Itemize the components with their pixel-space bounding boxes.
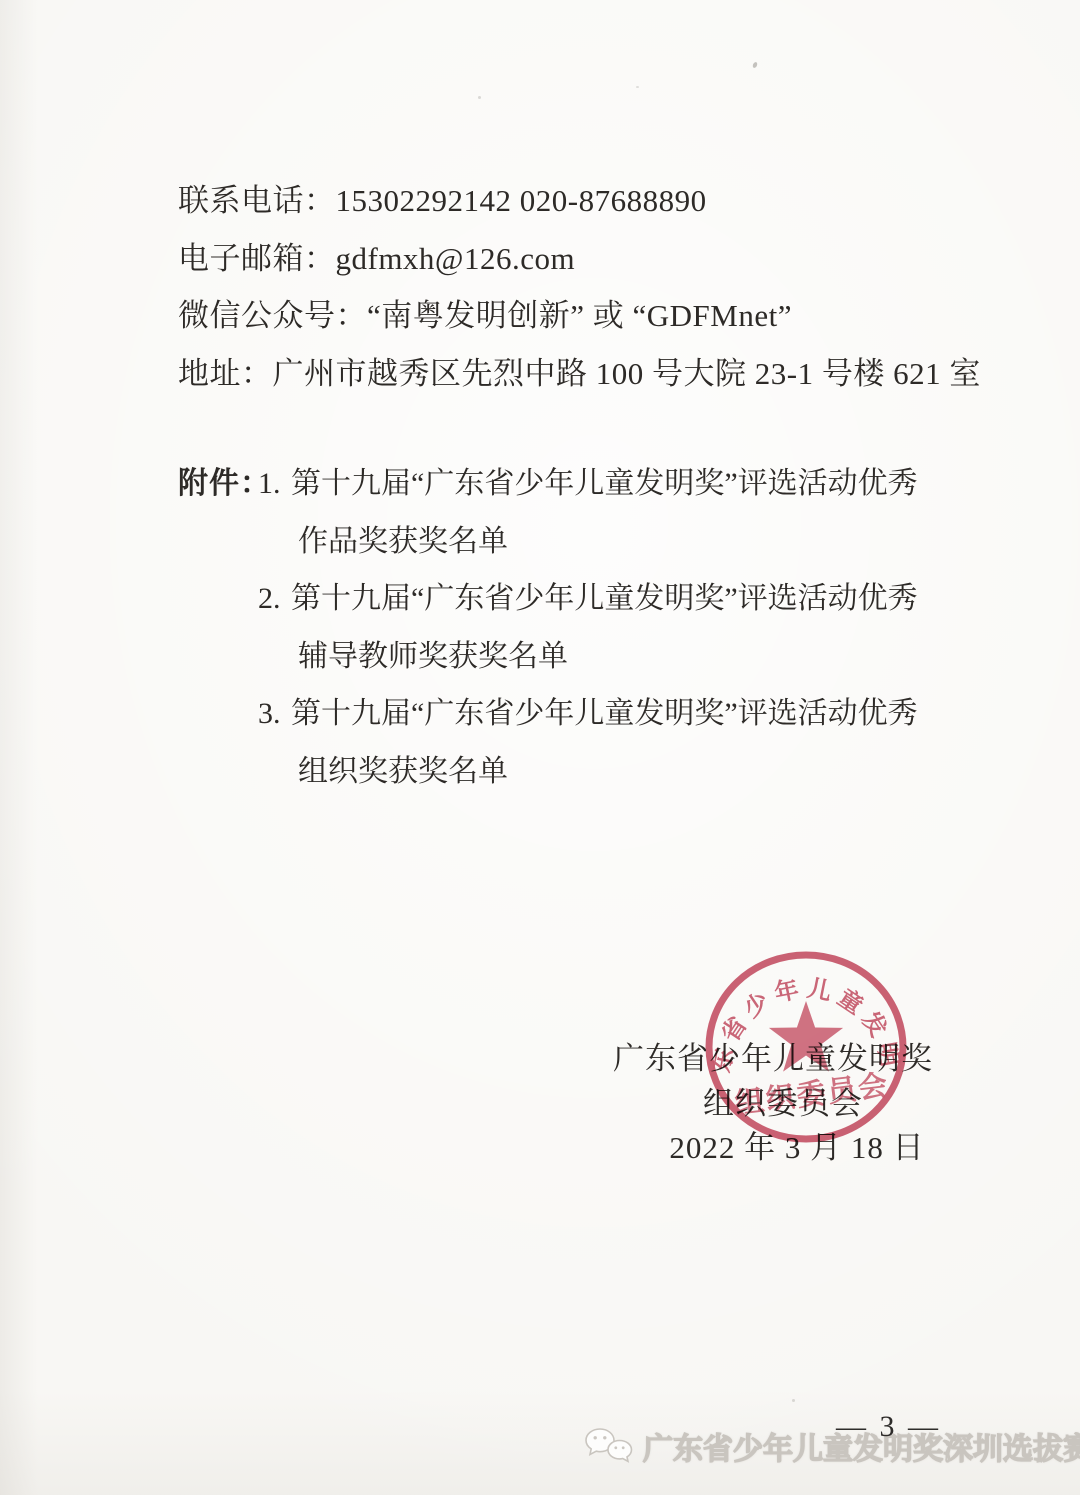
attachment-item-2-number: 2.	[258, 570, 291, 628]
attachment-item-2-line-1: 2.第十九届“广东省少年儿童发明奖”评选活动优秀	[178, 570, 918, 628]
attachment-item-1-line-2: 作品奖获奖名单	[178, 513, 918, 571]
attachment-label: 附件：	[178, 455, 258, 513]
contact-phone-line: 联系电话：15302292142 020-87688890	[178, 172, 981, 230]
contact-wechat-line: 微信公众号：“南粤发明创新” 或 “GDFMnet”	[178, 287, 981, 345]
scan-speck	[792, 1399, 795, 1402]
contact-wechat-label: 微信公众号：	[178, 298, 367, 333]
contact-phone-value: 15302292142 020-87688890	[336, 183, 707, 218]
attachment-item-2-text: 第十九届“广东省少年儿童发明奖”评选活动优秀	[291, 582, 918, 615]
contact-address-line: 地址：广州市越秀区先烈中路 100 号大院 23-1 号楼 621 室	[178, 345, 981, 403]
contact-email-label: 电子邮箱：	[178, 241, 336, 276]
attachment-item-1-line-1: 附件：1.第十九届“广东省少年儿童发明奖”评选活动优秀	[178, 455, 918, 513]
attachment-item-3-text: 第十九届“广东省少年儿童发明奖”评选活动优秀	[291, 697, 918, 730]
watermark: 广东省少年儿童发明奖深圳选拔赛	[584, 1424, 1080, 1468]
contact-wechat-value: “南粤发明创新” 或 “GDFMnet”	[367, 298, 792, 333]
scanned-document-page: 联系电话：15302292142 020-87688890 电子邮箱：gdfmx…	[0, 0, 1080, 1495]
contact-email-value: gdfmxh@126.com	[336, 241, 576, 276]
attachment-item-1-number: 1.	[258, 455, 291, 513]
wechat-icon	[584, 1426, 634, 1466]
scan-speck	[636, 86, 639, 88]
contact-block: 联系电话：15302292142 020-87688890 电子邮箱：gdfmx…	[178, 172, 981, 402]
contact-phone-label: 联系电话：	[178, 183, 336, 218]
seal-bottom-text: 组织委员会	[733, 1069, 891, 1121]
attachment-item-3-line-1: 3.第十九届“广东省少年儿童发明奖”评选活动优秀	[178, 685, 918, 743]
contact-email-line: 电子邮箱：gdfmxh@126.com	[178, 230, 981, 288]
attachment-item-3-number: 3.	[258, 685, 291, 743]
contact-address-label: 地址：	[178, 356, 273, 391]
attachment-item-1-text: 第十九届“广东省少年儿童发明奖”评选活动优秀	[291, 467, 918, 500]
page-number: — 3 —	[836, 1410, 941, 1444]
attachment-item-3-line-2: 组织奖获奖名单	[178, 743, 918, 801]
attachment-item-2-line-2: 辅导教师奖获奖名单	[178, 628, 918, 686]
contact-address-value: 广州市越秀区先烈中路 100 号大院 23-1 号楼 621 室	[273, 356, 981, 391]
seal-star-icon	[769, 1001, 843, 1072]
attachment-block: 附件：1.第十九届“广东省少年儿童发明奖”评选活动优秀 作品奖获奖名单 2.第十…	[178, 455, 918, 800]
scan-speck	[752, 61, 758, 68]
official-seal: 广东省少年儿童发明奖 组织委员会	[700, 947, 912, 1147]
scan-speck	[478, 96, 481, 99]
